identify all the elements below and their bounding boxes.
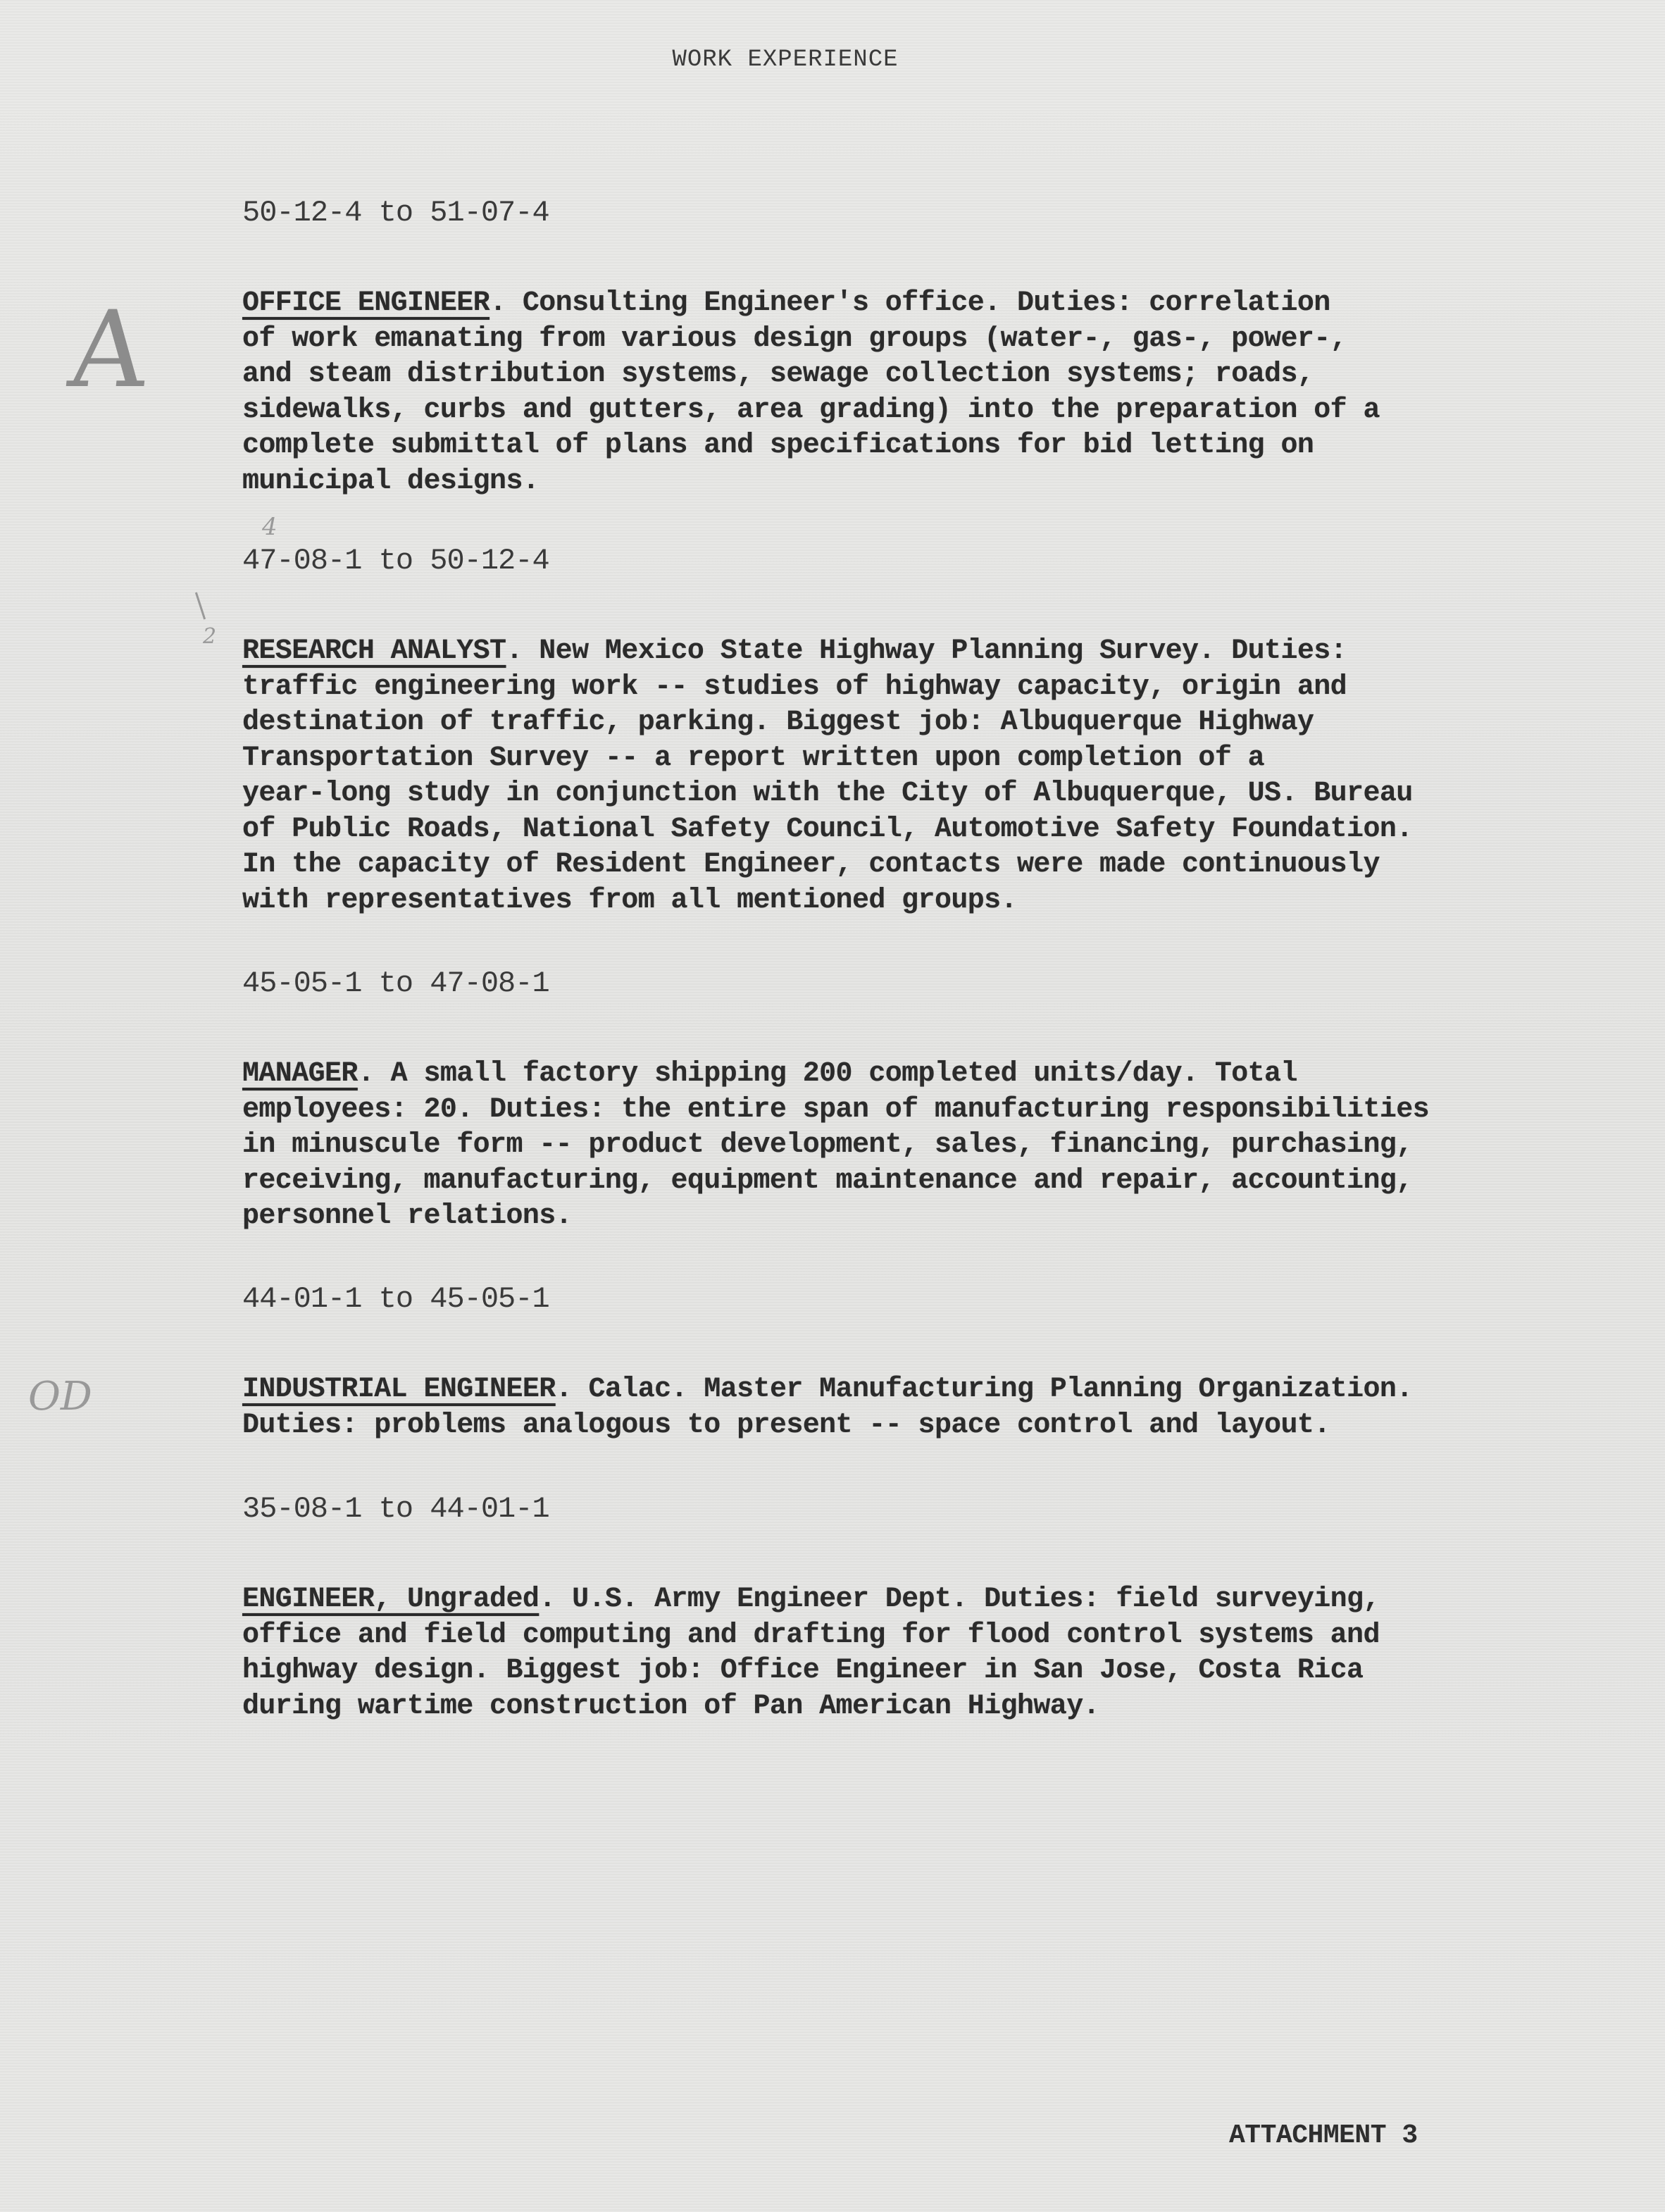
page-title: WORK EXPERIENCE [0, 46, 1571, 73]
entry-date-range: 45-05-1 to 47-08-1 [242, 967, 1580, 1000]
entry-job-title: INDUSTRIAL ENGINEER [242, 1374, 556, 1405]
entry-date-range: 50-12-4 to 51-07-4 [242, 196, 1580, 230]
entry-job-title: RESEARCH ANALYST [242, 635, 506, 667]
entry-body: OFFICE ENGINEER. Consulting Engineer's o… [242, 286, 1580, 499]
handwritten-correction: 4 [262, 513, 277, 541]
entry-job-title: MANAGER [242, 1058, 358, 1090]
entry-body: RESEARCH ANALYST. New Mexico State Highw… [242, 634, 1580, 919]
entry-body: MANAGER. A small factory shipping 200 co… [242, 1057, 1580, 1235]
entry-job-title: ENGINEER, Ungraded [242, 1584, 539, 1615]
work-entry: 35-08-1 to 44-01-1 ENGINEER, Ungraded. U… [242, 1492, 1580, 1725]
handwritten-tick-mark [195, 592, 206, 620]
entry-body: INDUSTRIAL ENGINEER. Calac. Master Manuf… [242, 1372, 1580, 1443]
entry-description: . A small factory shipping 200 completed… [242, 1058, 1429, 1232]
work-entry: 47-08-1 to 50-12-4 RESEARCH ANALYST. New… [242, 544, 1580, 919]
handwritten-margin-number: 2 [203, 624, 216, 649]
work-entry: 44-01-1 to 45-05-1 INDUSTRIAL ENGINEER. … [242, 1282, 1580, 1443]
paper-page: WORK EXPERIENCE A 4 2 OD 50-12-4 to 51-0… [0, 0, 1665, 2212]
entry-date-range: 47-08-1 to 50-12-4 [242, 544, 1580, 578]
entry-body: ENGINEER, Ungraded. U.S. Army Engineer D… [242, 1582, 1580, 1725]
entry-date-range: 35-08-1 to 44-01-1 [242, 1492, 1580, 1526]
entry-job-title: OFFICE ENGINEER [242, 287, 489, 319]
handwritten-margin-initials: OD [28, 1374, 92, 1419]
attachment-label: ATTACHMENT 3 [1229, 2120, 1418, 2151]
work-entry: 50-12-4 to 51-07-4 OFFICE ENGINEER. Cons… [242, 196, 1580, 499]
work-entry: 45-05-1 to 47-08-1 MANAGER. A small fact… [242, 967, 1580, 1235]
entry-description: . New Mexico State Highway Planning Surv… [242, 635, 1413, 917]
entry-date-range: 44-01-1 to 45-05-1 [242, 1282, 1580, 1316]
handwritten-margin-letter: A [64, 289, 154, 411]
